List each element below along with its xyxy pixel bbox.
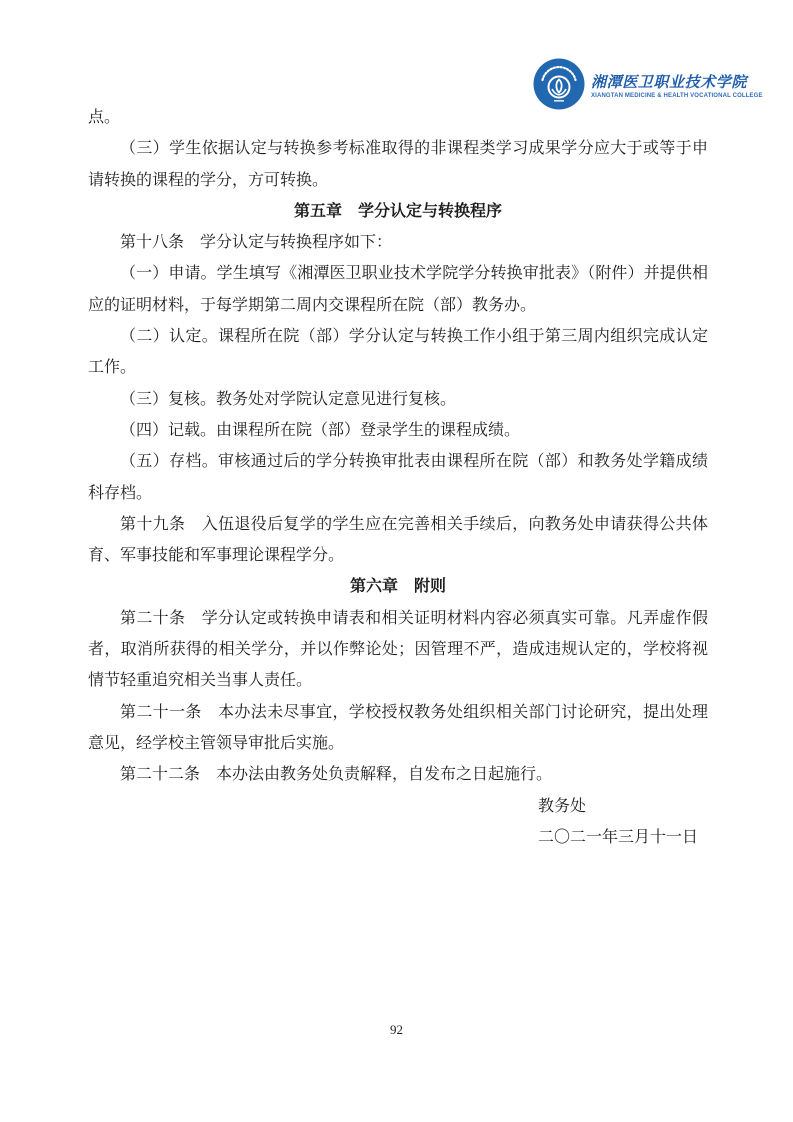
college-logo-text: 湘潭医卫职业技术学院 XIANGTAN MEDICINE & HEALTH VO… — [591, 74, 763, 100]
paragraph: 第十九条 入伍退役后复学的学生应在完善相关手续后，向教务处申请获得公共体育、军事… — [88, 509, 708, 572]
chapter-heading: 第五章 学分认定与转换程序 — [88, 196, 708, 227]
paragraph: 第二十条 学分认定或转换申请表和相关证明材料内容必须真实可靠。凡弄虚作假者，取消… — [88, 603, 708, 697]
college-name-en: XIANGTAN MEDICINE & HEALTH VOCATIONAL CO… — [591, 92, 763, 100]
paragraph: （四）记载。由课程所在院（部）登录学生的课程成绩。 — [88, 415, 708, 446]
paragraph: 第十八条 学分认定与转换程序如下： — [88, 227, 708, 258]
signature-date: 二〇二一年三月十一日 — [88, 822, 708, 853]
paragraph: （一）申请。学生填写《湘潭医卫职业技术学院学分转换审批表》（附件）并提供相应的证… — [88, 258, 708, 321]
document-page: 湘潭医卫职业技术学院 XIANGTAN MEDICINE & HEALTH VO… — [0, 0, 793, 1122]
signature-department: 教务处 — [88, 791, 708, 822]
paragraph: （三）复核。教务处对学院认定意见进行复核。 — [88, 384, 708, 415]
paragraph: （三）学生依据认定与转换参考标准取得的非课程类学习成果学分应大于或等于申请转换的… — [88, 133, 708, 196]
paragraph: （二）认定。课程所在院（部）学分认定与转换工作小组于第三周内组织完成认定工作。 — [88, 321, 708, 384]
paragraph: 点。 — [88, 102, 708, 133]
page-number: 92 — [0, 1022, 793, 1038]
college-name-zh: 湘潭医卫职业技术学院 — [591, 74, 763, 92]
paragraph: 第二十二条 本办法由教务处负责解释，自发布之日起施行。 — [88, 759, 708, 790]
paragraph: （五）存档。审核通过后的学分转换审批表由课程所在院（部）和教务处学籍成绩科存档。 — [88, 446, 708, 509]
paragraph: 第二十一条 本办法未尽事宜，学校授权教务处组织相关部门讨论研究，提出处理意见，经… — [88, 697, 708, 760]
document-body: 点。 （三）学生依据认定与转换参考标准取得的非课程类学习成果学分应大于或等于申请… — [88, 102, 708, 853]
chapter-heading: 第六章 附则 — [88, 571, 708, 602]
